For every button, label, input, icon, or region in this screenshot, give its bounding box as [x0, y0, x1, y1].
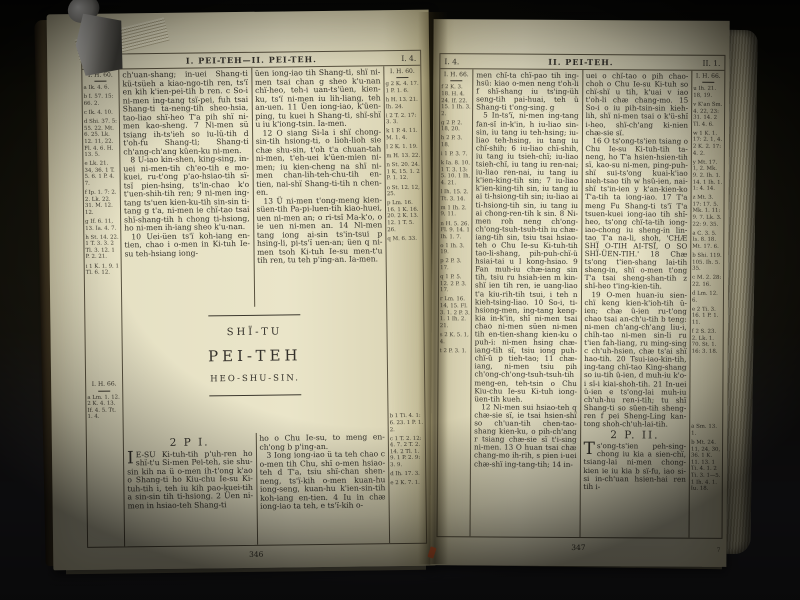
margin-cross-reference: b Shi. 119. 105. Ih. 5. 35.: [692, 253, 722, 273]
margin-cross-reference: z Mt. 3. 17: 17. 5. Mk. 1. 11: 9. 7. Lk.…: [692, 195, 722, 228]
verse-paragraph: 3 Iong iong-iao ü ta teh chao c o-men ti…: [259, 450, 385, 511]
right-page[interactable]: I. 4. II. PEI-TEH. II. 1. I. H. 66. f 2 …: [430, 19, 729, 567]
margin-cross-reference: r Lm. 16. 14, 15. Fl. 3. 1. 2 P. 3. 1. 1…: [440, 297, 470, 330]
margin-cross-reference: i 2 T. 2. 17: 3. 3.: [386, 112, 420, 126]
margin-cross-reference: q 1 P. 5. 12. 2 P. 3. 17.: [440, 274, 470, 294]
verse-paragraph: 13 Ü ni-men t'ong-meng kien-süen-tih Pa-…: [256, 196, 382, 266]
margin-cross-reference: l 2 K. 1. 19.: [386, 144, 420, 151]
right-page-outer-margin-references: I. H. 66. u Ih. 21. 18, 19.v K'an Sm. 4.…: [689, 71, 725, 538]
margin-cross-reference: d Lm. 12. 6.: [692, 291, 722, 304]
title-line-shi-tu: SHÏ-TU: [122, 325, 386, 339]
chapter-opening-paragraph: IE-SU Ki-tuh-tih p'uh-ren ho shï-t'u Si-…: [127, 449, 253, 510]
era-date-label: I. H. 66.: [693, 73, 723, 80]
opening-text: E-SU Ki-tuh-tih p'uh-ren ho shï-t'u Si-m…: [127, 448, 253, 510]
left-page-chapter-column-1: 2 P I. IE-SU Ki-tuh-tih p'uh-ren ho shï-…: [124, 433, 258, 547]
right-page-column-1: men chï-ta chï-pao tih ing-hsü: kiao o-m…: [471, 69, 583, 537]
left-page-columns: I. H. 60. a Ik. 4. 6.b I. 57. 15: 66. 2.…: [82, 66, 426, 547]
margin-cross-reference: o St. 12. 12, 25.: [387, 184, 421, 198]
margin-cross-reference: e 2 K. 7. 1.: [390, 480, 424, 487]
margin-cross-reference: p 2 P. 3. 17.: [440, 259, 470, 272]
verse-paragraph: uei o chï-tao o pih chao-choh o Chu Ie-s…: [585, 72, 688, 137]
verse-paragraph: 10 Uei-üen ts'ï koh-iang en-tien, chao i…: [124, 231, 250, 258]
verse-paragraph: 12 Ni-men sui hsiao-teh q chæ-sie sï, ie…: [474, 403, 577, 468]
right-page-inner-margin-references: I. H. 66. f 2 K. 3. 18. H. 4. 24. If. 22…: [438, 69, 474, 536]
margin-cross-reference: k 1 P. 4. 11. M. 1. 4.: [386, 128, 420, 142]
margin-cross-reference: p Lm. 16. 16. 1 K. 16. 20. 2 K. 13. 12. …: [387, 200, 421, 233]
running-head-verse-right: I. 4.: [401, 53, 416, 62]
margin-cross-reference: y Mt. 17. 1, 2. Mk. 9. 2. Ih. 1. 14. 1 I…: [693, 159, 723, 192]
margin-cross-reference: e 2 Ti. 3. 16. 1 P. 1. 11.: [692, 306, 722, 326]
running-head-title: II. PEI-TEH.: [548, 57, 613, 67]
right-page-number: 347: [436, 542, 720, 553]
margin-cross-reference: f 2 K. 3. 18. H. 4. 24. If. 22. 15. 1 Ih…: [441, 84, 471, 117]
margin-cross-reference: m 1 Ih. 2. 9, 11.: [440, 205, 470, 218]
verse-paragraph: men chï-ta chï-pao tih ing-hsü: kiao o-m…: [476, 71, 579, 112]
right-page-text-area: men chï-ta chï-pao tih ing-hsü: kiao o-m…: [471, 69, 692, 537]
margin-cross-reference: m H. 13. 22.: [386, 153, 420, 160]
title-line-heo-shu-sin: HEO-SHU-SIN.: [123, 372, 387, 385]
binder-clip[interactable]: [48, 0, 133, 90]
margin-cross-reference: o 1 Ih. 3. 19.: [440, 243, 470, 256]
left-page[interactable]: v. 5. I. PEI-TEH—II. PEI-TEH. I. 4. I. H…: [47, 10, 436, 571]
printers-signature-mark: 7: [717, 547, 721, 554]
verse-paragraph: 5 In-ts'ï, ni-men ing-tang fan-sï in-k'i…: [474, 112, 578, 404]
chapter-2-opening-paragraph: Ts'ong-ts'ien peh-sing-chong iu kia a si…: [583, 442, 686, 491]
margin-cross-reference: h H. 13. 21. Ih. 24.: [386, 97, 420, 111]
running-head-title: I. PEI-TEH—II. PEI-TEH.: [186, 54, 317, 66]
divider-rule: [396, 77, 408, 78]
margin-cross-reference: b I. 57. 15: 66. 2.: [84, 94, 118, 108]
left-page-column-2: üen iong-iao tih Shang-ti, shï ni-men ts…: [252, 66, 386, 307]
margin-cross-reference: f Ip. 1. 7: 2. 2. Lk. 22. 31. M. 12. 12.: [85, 190, 119, 217]
second-peter-text-region: 2 P I. IE-SU Ki-tuh-tih p'uh-ren ho shï-…: [124, 431, 389, 546]
right-page-frame: I. 4. II. PEI-TEH. II. 1. I. H. 66. f 2 …: [437, 53, 726, 539]
first-peter-text-region: ch'uan-shang; in-uei Shang-ti kü-tsüeh a…: [119, 66, 386, 308]
drop-cap-letter: I: [127, 451, 134, 465]
divider-rule: [702, 82, 714, 83]
title-line-pei-teh: PEI-TEH: [123, 345, 387, 366]
book-photograph: v. 5. I. PEI-TEH—II. PEI-TEH. I. 4. I. H…: [0, 0, 800, 600]
margin-cross-reference: l Ih. 15. 2. Tt. 3. 14.: [441, 189, 471, 202]
opening-text: s'ong-ts'ien peh-sing-chong iu kia a sie…: [583, 441, 686, 490]
margin-cross-reference: t 2 P. 3. 1.: [440, 348, 470, 355]
left-page-inner-margin-references: I. H. 60. g 2 K. 4. 17. 1 P. 1. 6.h H. 1…: [383, 66, 426, 543]
verse-paragraph: 19 O-men huan-iu sien-chï keng kien-k'io…: [584, 291, 687, 429]
margin-spacer: [388, 329, 423, 413]
margin-cross-reference: c M. 2. 28: 22. 16.: [692, 275, 722, 288]
verse-paragraph: 8 U-iao kin-shen, king-sing, in-uei ni-m…: [123, 155, 249, 233]
margin-cross-reference: n H. 5. 26. Fl. 9. 14. 1 Ih. 1. 7.: [440, 221, 470, 241]
drop-cap-letter: T: [584, 442, 595, 456]
margin-spacer: [691, 412, 721, 424]
margin-cross-reference: k Ia. 8. 10. 1 T. 3. 13: 5. 10. 1 Ih. 4.…: [441, 160, 471, 187]
margin-spacer: [86, 311, 121, 381]
title-bottom-rule: [209, 394, 301, 396]
margin-cross-reference: w 1 K. 1. 17: 2. 1, 4. 2 K. 2. 17: 4. 2.: [693, 131, 723, 158]
left-page-number: 346: [87, 548, 425, 561]
divider-rule: [450, 81, 462, 82]
margin-cross-reference: b Mt. 24. 11, 24, 30, 36. 1 K. 11. 13. 1…: [691, 440, 721, 493]
margin-cross-reference: i 1 P. 3. 7.: [441, 151, 471, 158]
margin-cross-reference: h 2 P. 3. 18.: [441, 136, 471, 149]
running-head-verse-right: II. 1.: [703, 58, 721, 67]
margin-cross-reference: f 2 S. 23. 2. Lk. 1. 70. St. 1. 16: 3. 1…: [692, 329, 722, 356]
right-page-columns: I. H. 66. f 2 K. 3. 18. H. 4. 24. If. 22…: [438, 69, 725, 538]
divider-rule: [98, 390, 110, 391]
margin-cross-reference: g 2 P. 2. 18, 20.: [441, 120, 471, 133]
margin-cross-reference: c 1 T. 2. 12: 4. 7. 2 T. 2. 14. 2 Tl. 1.…: [390, 435, 424, 468]
margin-cross-reference: e Lk. 21. 34, 36. 1 T. 5. 6. 1 P. 4. 7.: [84, 161, 118, 188]
margin-cross-reference: d Shi. 37. 5: 55. 22. Mt. 6. 25. Lk. 12.…: [84, 119, 118, 159]
running-head-verse-left: I. 4.: [444, 57, 459, 66]
margin-cross-reference: n St. 20. 24. 1 K. 15. 1. 2 P. 1. 12.: [386, 162, 420, 182]
clip-body: [74, 13, 125, 77]
title-top-rule: [208, 314, 300, 316]
verse-paragraph: ch'uan-shang; in-uei Shang-ti kü-tsüeh a…: [122, 70, 249, 157]
left-page-text-area: ch'uan-shang; in-uei Shang-ti kü-tsüeh a…: [119, 66, 389, 546]
left-page-outer-margin-references: I. H. 60. a Ik. 4. 6.b I. 57. 15: 66. 2.…: [82, 69, 125, 546]
second-peter-chapter1-region: men chï-ta chï-pao tih ing-hsü: kiao o-m…: [471, 69, 692, 537]
chapter-heading: 2 P I.: [127, 438, 253, 448]
book-title-block: SHÏ-TU PEI-TEH HEO-SHU-SIN.: [122, 305, 388, 434]
left-page-chapter-column-2: ho o Chu Ie-su, to meng en-ch'ong b p'in…: [256, 431, 389, 545]
margin-cross-reference: g 2 K. 4. 17. 1 P. 1. 6.: [385, 81, 419, 95]
right-running-head: I. 4. II. PEI-TEH. II. 1.: [440, 54, 724, 71]
margin-cross-reference: q M. 6. 33.: [387, 235, 421, 242]
margin-cross-reference: d Ih. 17. 3.: [390, 471, 424, 478]
era-date-label: I. H. 60.: [385, 68, 419, 76]
margin-cross-reference: h St. 14. 22. 1 T. 3. 3. 2 Tl. 3. 12. 1 …: [85, 234, 119, 261]
era-date-label: I. H. 66.: [441, 71, 471, 78]
left-page-frame: v. 5. I. PEI-TEH—II. PEI-TEH. I. 4. I. H…: [81, 50, 427, 548]
margin-cross-reference: s 2 K. 5. 1, 4.: [440, 332, 470, 345]
margin-cross-reference: c Ik. 4. 10.: [84, 110, 118, 117]
right-page-column-2: uei o chï-tao o pih chao-choh o Chu Ie-s…: [580, 70, 691, 538]
margin-cross-reference: u Ih. 21. 18, 19.: [693, 86, 723, 99]
margin-cross-reference: i 1 K. 1. 9. 1 Tl. 6. 12.: [86, 263, 120, 277]
verse-paragraph: üen iong-iao tih Shang-ti, shï ni-men ts…: [255, 68, 381, 129]
margin-cross-reference: a Lm. 1. 12. 2 K. 4. 13. If. 4. 5. Tt. 1…: [87, 394, 121, 421]
verse-paragraph: 12 O siang Si-la i shï chong-sin-tih hsi…: [256, 128, 382, 198]
verse-paragraph: 16 O ts'ong-ts'ien tsiang o Chu Ie-su Ki…: [585, 137, 688, 291]
margin-cross-reference: b 1 Ti. 4. 1: 6. 23. 1 P. 1. 2.: [390, 413, 424, 433]
margin-cross-reference: a C. 3. 5. Is. 8. 18. Mt. 17. 6.: [692, 230, 722, 250]
left-page-column-1: ch'uan-shang; in-uei Shang-ti kü-tsüeh a…: [119, 68, 254, 309]
chapter-2-heading: 2 P. II.: [584, 431, 687, 440]
margin-cross-reference: a Sm. 13. 1.: [691, 424, 721, 437]
margin-cross-reference: v K'an Sm. 4. 22, 23: 31. 14. 2 Tl. 4. 6…: [693, 102, 723, 129]
margin-cross-reference: g If. 6. 11, 13. Ia. 4. 7.: [85, 218, 119, 232]
era-date-label: I. H. 66.: [87, 381, 121, 389]
